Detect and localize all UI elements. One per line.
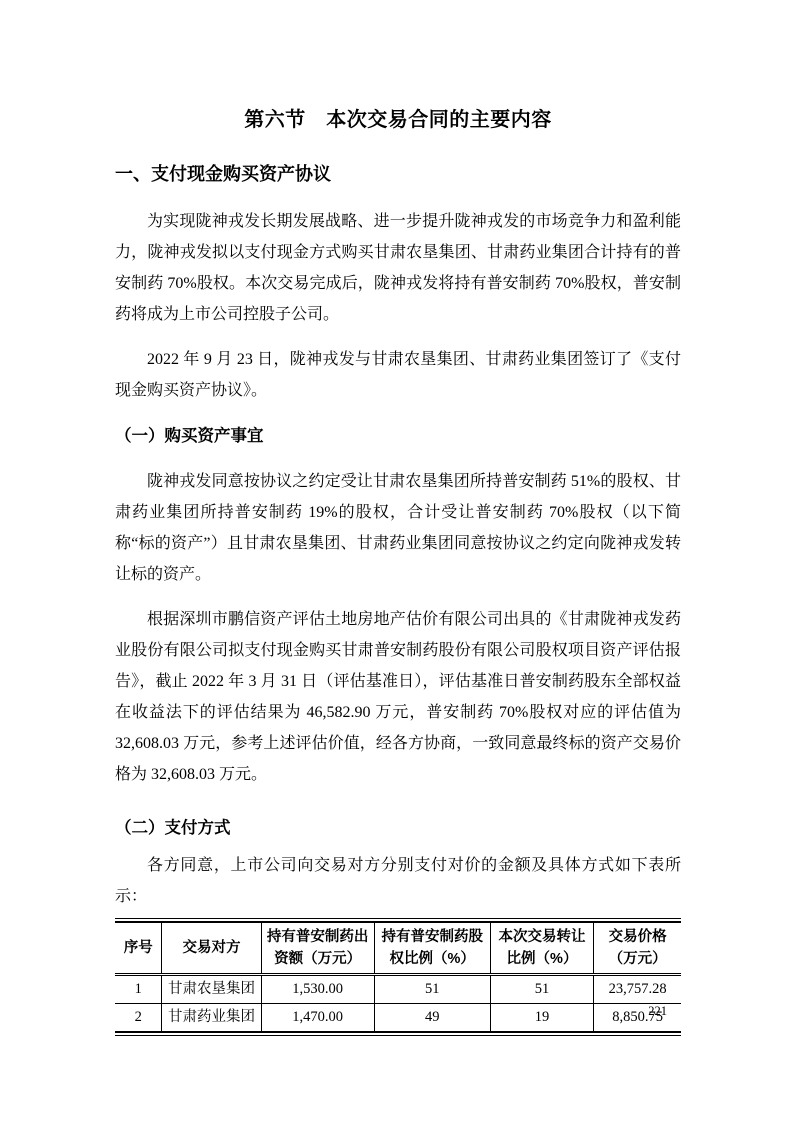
sub-heading-payment-method: （二）支付方式 <box>115 816 681 840</box>
table-header-transfer-ratio: 本次交易转让比例（%） <box>490 923 594 975</box>
table-header-transaction-price: 交易价格（万元） <box>594 923 681 975</box>
document-content: 第六节 本次交易合同的主要内容 一、支付现金购买资产协议 为实现陇神戎发长期发展… <box>115 106 681 1036</box>
table-cell-transaction-price: 8,850.75 <box>594 1004 681 1032</box>
paragraph-1: 为实现陇神戎发长期发展战略、进一步提升陇神戎发的市场竞争力和盈利能力，陇神戎发拟… <box>115 206 681 330</box>
table-header-capital-contribution: 持有普安制药出资额（万元） <box>261 923 374 975</box>
table-cell-capital-contribution: 1,530.00 <box>261 975 374 1004</box>
table-header-index: 序号 <box>115 923 162 975</box>
document-page: 第六节 本次交易合同的主要内容 一、支付现金购买资产协议 为实现陇神戎发长期发展… <box>0 0 793 1122</box>
table-cell-transfer-ratio: 51 <box>490 975 594 1004</box>
section-heading-1: 一、支付现金购买资产协议 <box>115 162 681 186</box>
payment-table-wrapper: 序号 交易对方 持有普安制药出资额（万元） 持有普安制药股权比例（%） 本次交易… <box>115 918 681 1036</box>
table-cell-counterparty: 甘肃药业集团 <box>162 1004 261 1032</box>
table-cell-counterparty: 甘肃农垦集团 <box>162 975 261 1004</box>
table-row: 1 甘肃农垦集团 1,530.00 51 51 23,757.28 <box>115 975 681 1004</box>
table-row: 2 甘肃药业集团 1,470.00 49 19 8,850.75 <box>115 1004 681 1032</box>
table-cell-equity-ratio: 51 <box>374 975 490 1004</box>
sub-heading-purchase-assets: （一）购买资产事宜 <box>115 424 681 448</box>
table-cell-transaction-price: 23,757.28 <box>594 975 681 1004</box>
paragraph-3: 陇神戎发同意按协议之约定受让甘肃农垦集团所持普安制药 51%的股权、甘肃药业集团… <box>115 466 681 590</box>
payment-table: 序号 交易对方 持有普安制药出资额（万元） 持有普安制药股权比例（%） 本次交易… <box>115 922 681 1032</box>
table-cell-equity-ratio: 49 <box>374 1004 490 1032</box>
page-number: 221 <box>648 1004 667 1019</box>
table-header-equity-ratio: 持有普安制药股权比例（%） <box>374 923 490 975</box>
table-cell-index: 2 <box>115 1004 162 1032</box>
paragraph-5-table-intro: 各方同意，上市公司向交易对方分别支付对价的金额及具体方式如下表所示： <box>115 850 681 912</box>
paragraph-4: 根据深圳市鹏信资产评估土地房地产估价有限公司出具的《甘肃陇神戎发药业股份有限公司… <box>115 604 681 790</box>
table-cell-index: 1 <box>115 975 162 1004</box>
table-header-counterparty: 交易对方 <box>162 923 261 975</box>
table-header-row: 序号 交易对方 持有普安制药出资额（万元） 持有普安制药股权比例（%） 本次交易… <box>115 923 681 975</box>
page-title: 第六节 本次交易合同的主要内容 <box>115 106 681 134</box>
table-cell-transfer-ratio: 19 <box>490 1004 594 1032</box>
table-cell-capital-contribution: 1,470.00 <box>261 1004 374 1032</box>
paragraph-2: 2022 年 9 月 23 日，陇神戎发与甘肃农垦集团、甘肃药业集团签订了《支付… <box>115 344 681 406</box>
